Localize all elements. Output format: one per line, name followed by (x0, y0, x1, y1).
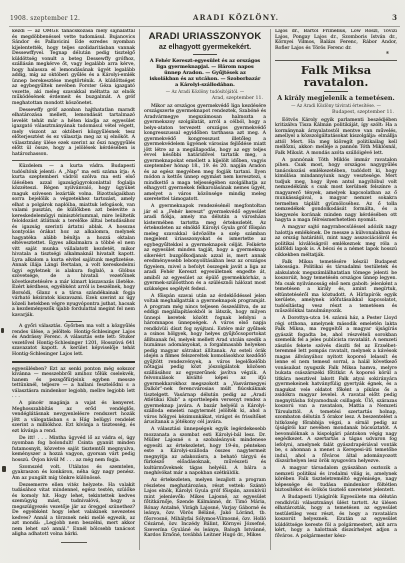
body-paragraph: A gyermeknapok rendezésénél megfontoltan… (144, 204, 266, 292)
body-paragraph: Falk Miksa temetésére készül Budapest la… (275, 260, 397, 315)
newspaper-page: 1908. szeptember 12. ARADI KÖZLÖNY. 3 ke… (0, 0, 405, 563)
masthead-title: ARADI KÖZLÖNY. (193, 13, 279, 22)
article-credit-line: — Az Aradi Közlöny tudósítójától. — (144, 90, 266, 95)
article-subheadline: A király megjelenik a temetésen. (275, 95, 397, 102)
ink-speck (1, 328, 4, 333)
headline-rule (193, 54, 217, 55)
section-thick-rule (12, 361, 135, 364)
page-number: 3 (392, 13, 399, 22)
body-paragraph: A főispán szavai után az érdeklődéssel j… (144, 294, 266, 426)
body-paragraph: kezdi — az OMGE tanácskozása mély sajnál… (12, 29, 135, 106)
headline-rule (324, 91, 348, 92)
article-credit-line: — Az Aradi Közlöny távirati értesítése. … (275, 104, 397, 109)
article-headline: Falk Miksa ravatalon. (275, 64, 397, 89)
ink-speck (2, 466, 6, 472)
body-paragraph: Eötvös Károly egyik parlamenti beszédjéb… (275, 118, 397, 157)
article-headline: ARADI URIASSZONYOK (144, 32, 266, 42)
body-paragraph-continuation: Lajos dr., Bartol Frimelius, Löw Roszl, … (275, 29, 397, 51)
header-date: 1908. szeptember 12. (10, 15, 80, 22)
section-rule (275, 60, 397, 61)
end-flourish (61, 542, 87, 543)
body-paragraph: Dezsemerre ellen vitéz helyzete. Ha vala… (12, 483, 135, 538)
column-left: kezdi — az OMGE tanácskozása mély sajnál… (8, 29, 139, 550)
body-paragraph: Szomszéd volt. Utálatos és szemtelen, gy… (12, 465, 135, 482)
column-right: Lajos dr., Bartol Frimelius, Löw Roszl, … (270, 29, 401, 550)
body-paragraph: A pincér magánja a vajat és kenyeret. Me… (12, 401, 135, 434)
paragraph-dash (66, 321, 82, 322)
article-subheadline: az elhagyott gyermekekért. (144, 43, 266, 51)
column-container: kezdi — az OMGE tanácskozása mély sajnál… (8, 29, 401, 550)
article-dateline: Arad, szeptember 11. (144, 96, 263, 102)
column-middle: ARADI URIASSZONYOKaz elhagyott gyermekek… (139, 29, 270, 550)
body-paragraph: A magyar társadalom gyászában osztozik a… (275, 466, 397, 494)
section-rule (12, 160, 135, 161)
body-paragraph: A Dorottya-utca 14. számú ház, a Pester … (275, 316, 397, 465)
page-header: 1908. szeptember 12. ARADI KÖZLÖNY. 3 (10, 13, 399, 25)
article-dateline: Budapest, szeptember 11. (275, 110, 394, 116)
asterisk-separator: * (275, 53, 389, 57)
body-paragraph: Mikor az országos gyermekvédő liga kezdé… (144, 104, 266, 203)
body-paragraph: De itt! . . . Mintha ügyvéd lő az vádra … (12, 436, 135, 464)
body-paragraph: egyesülésben? Ezt az senki ponton még so… (12, 367, 135, 400)
body-paragraph: A magyar sajtó nagyrabecsüléssel adózik … (275, 225, 397, 258)
header-rule (9, 26, 400, 27)
body-paragraph: Dessewffy gróf azonban hajthatatlan mara… (12, 108, 135, 158)
body-paragraph: A választási ünnepségek egyik legérdekes… (144, 427, 266, 477)
body-paragraph: A pannónak Tóth Miklós immár ravatalon p… (275, 158, 397, 224)
body-paragraph: A győri választás. Győrben ma volt a köz… (12, 324, 135, 357)
article-deck: A Fehér Kereszt-egyesület és az országos… (149, 58, 261, 88)
body-paragraph: Küzdelem — a kurta vádra. Budapesti tudó… (12, 164, 135, 318)
body-paragraph: Az értekezleten, melyen lezajlott a prog… (144, 478, 266, 539)
body-paragraph: A Budapesti Ujságírók Egyesülete ma délu… (275, 495, 397, 539)
